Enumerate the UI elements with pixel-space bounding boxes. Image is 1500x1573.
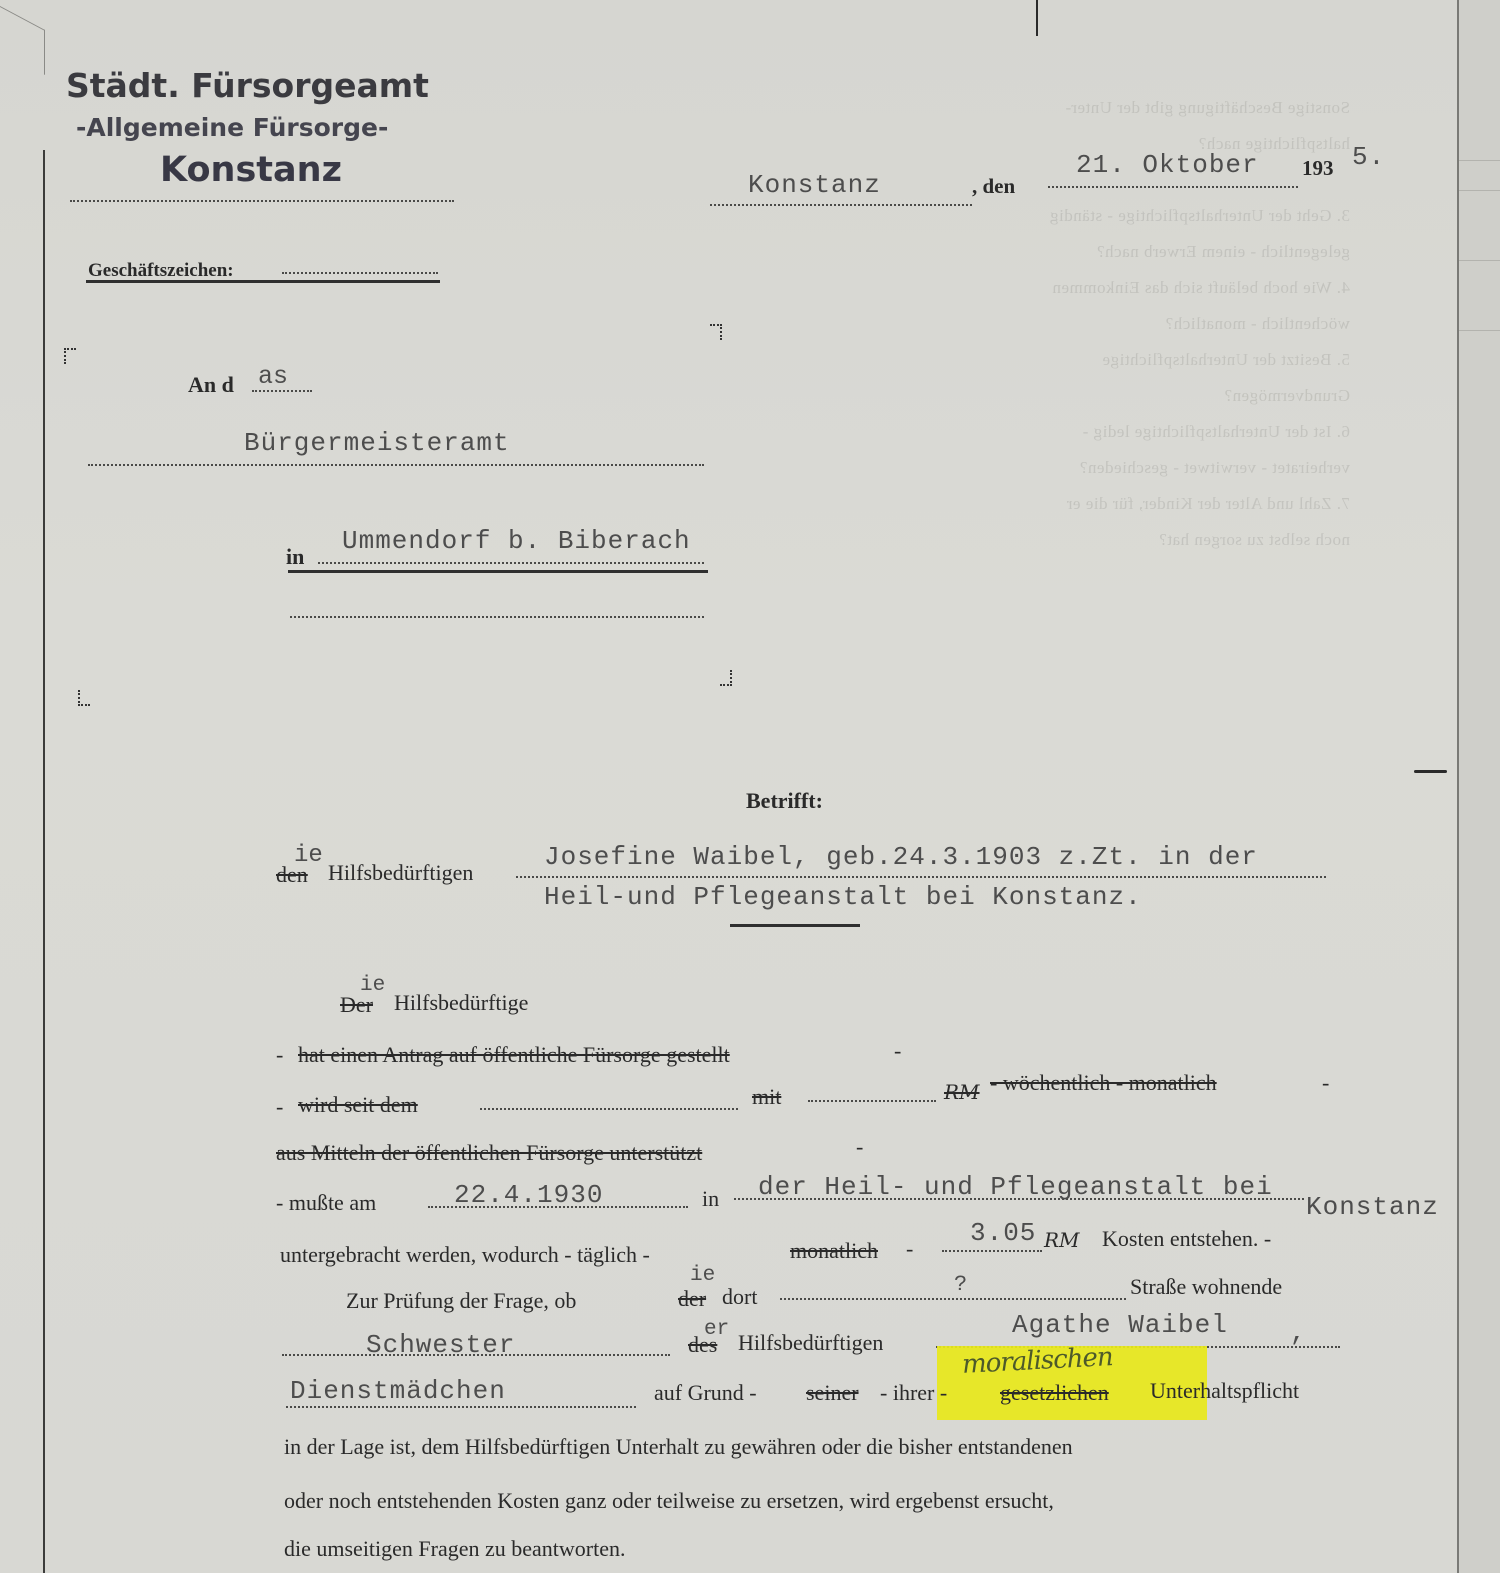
- date-field[interactable]: [1048, 186, 1298, 188]
- year-typed: 5.: [1352, 142, 1385, 172]
- office-field[interactable]: [88, 464, 704, 466]
- untergebracht-text: untergebracht werden, wodurch - täglich …: [280, 1242, 650, 1268]
- window-corner-bl: [78, 690, 90, 706]
- stamp-department: -Allgemeine Fürsorge-: [76, 113, 388, 142]
- pruefung-correction: ie: [690, 1264, 715, 1287]
- place-field[interactable]: [710, 204, 972, 206]
- occupation-field[interactable]: [286, 1406, 636, 1408]
- window-corner-tr: [710, 324, 722, 340]
- grund-seiner-struck: seiner: [806, 1380, 859, 1406]
- subject-person-label: Hilfsbedürftigen: [328, 860, 473, 886]
- grund-gesetzl-struck: gesetzlichen: [1000, 1380, 1109, 1406]
- pruefung-dort: dort: [722, 1284, 757, 1310]
- place-typed: Konstanz: [748, 170, 881, 200]
- monatlich-struck: monatlich: [790, 1238, 878, 1264]
- body-subject-noun: Hilfsbedürftige: [394, 990, 528, 1016]
- window-corner-tl: [64, 348, 76, 364]
- street-typed: ?: [954, 1272, 968, 1297]
- seit-field[interactable]: [480, 1108, 738, 1110]
- subject-person-line1: Josefine Waibel, geb.24.3.1903 z.Zt. in …: [544, 842, 1258, 872]
- margin-dash-mark: [1414, 770, 1447, 773]
- relative-name-typed: Agathe Waibel: [1012, 1310, 1228, 1340]
- seit-struck: wird seit dem: [298, 1092, 418, 1118]
- grund-label: auf Grund -: [654, 1380, 757, 1406]
- mitteln-struck: aus Mitteln der öffentlichen Fürsorge un…: [276, 1140, 702, 1166]
- seit-dash: -: [276, 1094, 283, 1120]
- subject-underline: [730, 924, 860, 927]
- subject-correction: ie: [294, 842, 323, 869]
- subject-person-field[interactable]: [516, 876, 1326, 878]
- grund-ihrer: - ihrer -: [880, 1380, 947, 1406]
- office-typed: Bürgermeisteramt: [244, 428, 510, 458]
- closing-line-2: oder noch entstehenden Kosten ganz oder …: [284, 1488, 1054, 1514]
- address-extra-field[interactable]: [290, 616, 704, 618]
- subject-label: Betrifft:: [746, 788, 823, 814]
- musste-label: - mußte am: [276, 1190, 376, 1216]
- pruefung-strike: der: [678, 1286, 706, 1312]
- cost-field[interactable]: [942, 1250, 1042, 1252]
- street-suffix: Straße wohnende: [1130, 1274, 1282, 1300]
- date-typed: 21. Oktober: [1076, 150, 1259, 180]
- top-margin-mark: [1036, 0, 1038, 36]
- relation-correction: er: [704, 1318, 729, 1341]
- town-field[interactable]: [318, 562, 704, 564]
- town-underline: [288, 570, 708, 573]
- reference-field[interactable]: [282, 272, 438, 274]
- freq-dash: -: [1322, 1070, 1329, 1096]
- relative-name-comma: ,: [1290, 1318, 1307, 1348]
- antrag-dash-left: -: [276, 1042, 283, 1068]
- mitteln-dash: -: [856, 1134, 863, 1160]
- cost-dash: -: [906, 1236, 913, 1262]
- subject-person-line2: Heil-und Pflegeanstalt bei Konstanz.: [544, 882, 1142, 912]
- in-label: in: [286, 544, 304, 570]
- reference-label: Geschäftszeichen:: [88, 260, 234, 282]
- closing-line-3: die umseitigen Fragen zu beantworten.: [284, 1536, 626, 1562]
- to-label: An d: [188, 372, 234, 398]
- relation-field[interactable]: [282, 1354, 670, 1356]
- rm-struck: RM: [944, 1080, 980, 1104]
- stamp-city: Konstanz: [160, 150, 342, 190]
- relation-noun: Hilfsbedürftigen: [738, 1330, 883, 1356]
- window-corner-br: [720, 670, 732, 686]
- antrag-dash-right: -: [894, 1038, 901, 1064]
- street-field[interactable]: [780, 1298, 1126, 1300]
- stamp-office-name: Städt. Fürsorgeamt: [66, 66, 429, 105]
- year-printed: 193: [1302, 156, 1334, 181]
- place-separator: , den: [972, 174, 1015, 199]
- cost-unit: RM: [1044, 1228, 1080, 1252]
- institution-field[interactable]: [734, 1198, 1304, 1200]
- closing-line-1: in der Lage ist, dem Hilfsbedürftigen Un…: [284, 1434, 1073, 1460]
- grund-suffix: Unterhaltspflicht: [1150, 1378, 1299, 1404]
- next-page-edge: [1457, 0, 1500, 1573]
- occupation-typed: Dienstmädchen: [290, 1376, 506, 1406]
- antrag-struck: hat einen Antrag auf öffentliche Fürsorg…: [298, 1042, 730, 1068]
- institution-typed-line2: Konstanz: [1306, 1192, 1439, 1222]
- pruefung-text: Zur Prüfung der Frage, ob: [346, 1288, 576, 1314]
- mit-field[interactable]: [808, 1100, 936, 1102]
- reference-underline: [86, 280, 440, 283]
- stamp-dotted-line: [70, 200, 454, 202]
- cost-suffix: Kosten entstehen. -: [1102, 1226, 1271, 1252]
- cost-typed: 3.05: [970, 1218, 1036, 1248]
- to-field[interactable]: [252, 390, 312, 392]
- town-typed: Ummendorf b. Biberach: [342, 526, 691, 556]
- musste-date-field[interactable]: [428, 1206, 688, 1208]
- to-suffix-typed: as: [258, 362, 288, 391]
- institution-in-label: in: [702, 1186, 719, 1212]
- body-subject-correction: ie: [360, 974, 385, 997]
- left-margin-rule: [43, 150, 45, 1573]
- mit-struck: mit: [752, 1084, 781, 1110]
- freq-struck: - wöchentlich - monatlich: [990, 1070, 1217, 1096]
